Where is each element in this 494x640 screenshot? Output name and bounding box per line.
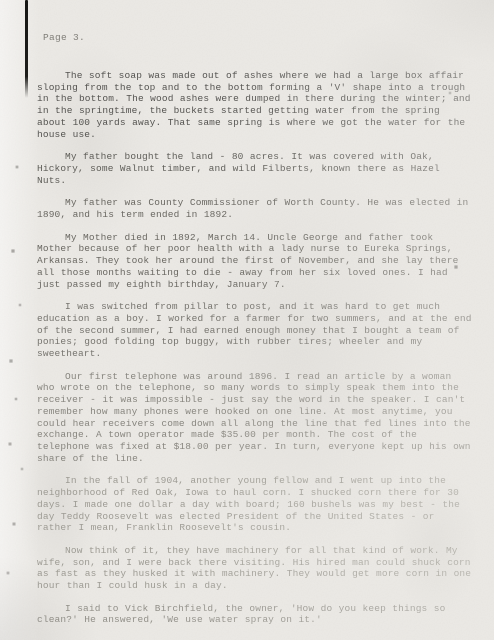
paragraph: My father bought the land - 80 acres. It… [37, 151, 472, 186]
page-number: Page 3. [43, 32, 472, 43]
paragraph: In the fall of 1904, another young fello… [37, 475, 472, 534]
paragraph: Now think of it, they have machinery for… [37, 545, 472, 592]
document-body: Page 3. The soft soap was made out of as… [37, 32, 472, 637]
scan-artifact-specks [0, 0, 2, 2]
paragraph: I said to Vick Birchfield, the owner, 'H… [37, 603, 472, 626]
paragraph: Our first telephone was around 1896. I r… [37, 371, 472, 465]
paragraph: I was switched from pillar to post, and … [37, 301, 472, 360]
paragraph: The soft soap was made out of ashes wher… [37, 70, 472, 140]
paragraph: My father was County Commissioner of Wor… [37, 197, 472, 220]
paragraph: My Mother died in 1892, March 14. Uncle … [37, 232, 472, 291]
scanned-document-page: Page 3. The soft soap was made out of as… [0, 0, 494, 640]
scan-artifact-edge-line [25, 0, 28, 98]
